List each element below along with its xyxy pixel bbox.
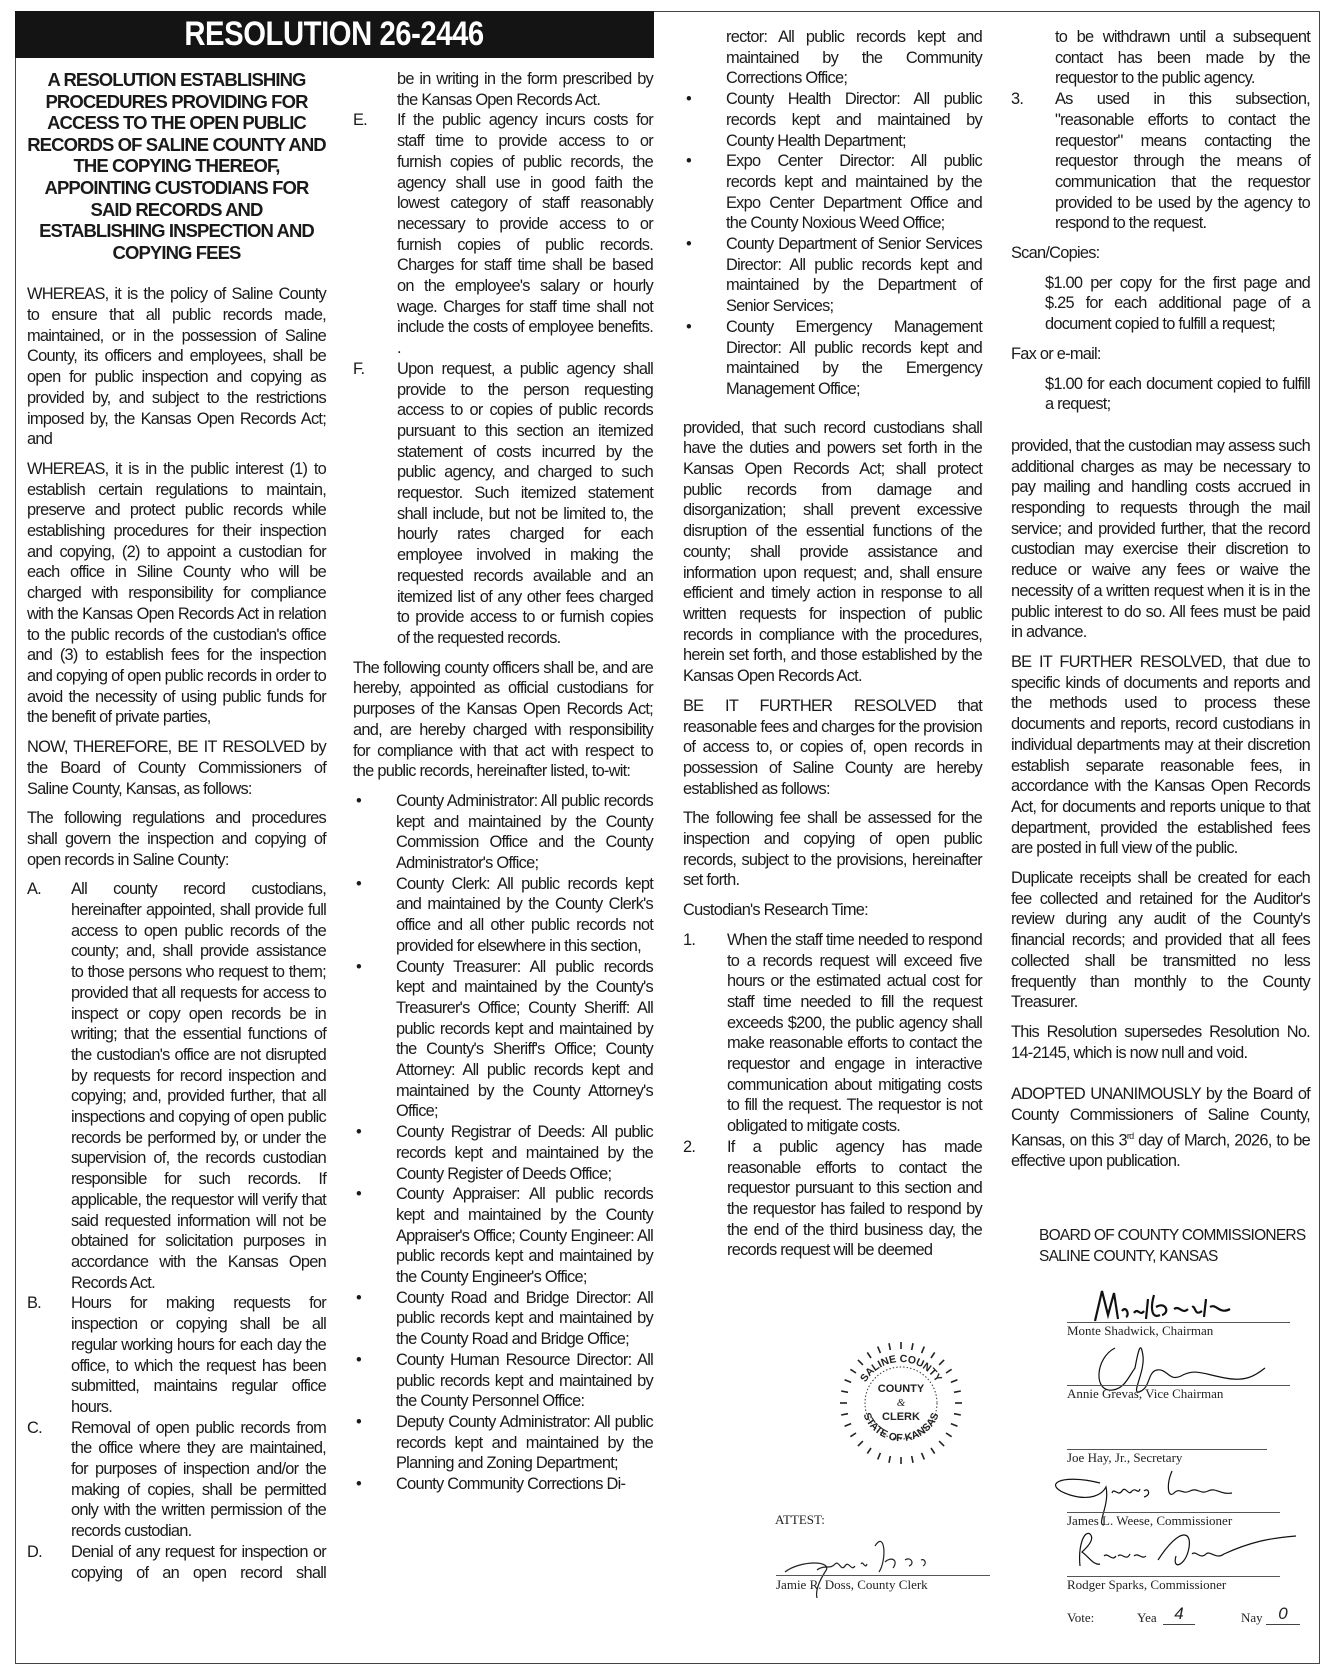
section-text: Upon request, a public agency shall prov… (397, 360, 653, 647)
custodian-item: •County Department of Senior Services Di… (683, 234, 982, 317)
commissioner-sparks-signature-icon (1060, 1526, 1300, 1576)
custodian-item: •County Emergency Management Director: A… (683, 317, 982, 400)
bullet-icon: • (356, 1122, 361, 1143)
bullet-icon: • (356, 1288, 361, 1309)
research-time-heading: Custodian's Research Time: (683, 900, 982, 921)
section-text: Removal of open public records from the … (71, 1419, 326, 1541)
board-heading: BOARD OF COUNTY COMMISSIONERS SALINE COU… (1039, 1226, 1319, 1267)
custodian-item: •County Road and Bridge Director: All pu… (353, 1288, 653, 1350)
bullet-icon: • (356, 1350, 361, 1371)
whereas-paragraph-2: WHEREAS, it is in the public interest (1… (27, 459, 326, 728)
section-e: E.If the public agency incurs costs for … (353, 110, 653, 358)
research-item-1: 1.When the staff time needed to respond … (683, 930, 982, 1137)
section-label: A. (27, 879, 41, 900)
section-text: All county record custodians, hereinafte… (71, 880, 326, 1291)
further-resolved-departments: BE IT FURTHER RESOLVED, that due to spec… (1011, 652, 1310, 859)
item-label: 2. (683, 1137, 695, 1158)
clerk-name: Jamie R. Doss, County Clerk (776, 1577, 928, 1593)
signatory-name: Monte Shadwick, Chairman (1067, 1323, 1213, 1339)
section-text: be in writing in the form prescribed by … (397, 70, 653, 109)
bullet-icon: • (686, 151, 691, 172)
board-line-1: BOARD OF COUNTY COMMISSIONERS (1039, 1226, 1319, 1247)
custodian-discretion: provided, that the custodian may assess … (1011, 436, 1310, 643)
item-label: 1. (683, 930, 695, 951)
further-resolved-fees: BE IT FURTHER RESOLVED that reasonable f… (683, 696, 982, 800)
resolution-title-bar: RESOLUTION 26-2446 (15, 11, 654, 58)
research-item-2-continued: to be withdrawn until a subsequent conta… (1011, 27, 1310, 89)
custodian-duties: provided, that such record custodians sh… (683, 418, 982, 687)
scan-copies-fee: $1.00 per copy for the first page and $.… (1011, 273, 1310, 335)
column-4: to be withdrawn until a subsequent conta… (1011, 27, 1310, 1181)
county-clerk-seal-icon: SALINE COUNTY STATE OF KANSAS COUNTY & C… (838, 1340, 964, 1466)
column-3: rector: All public records kept and main… (683, 27, 982, 1261)
custodian-item: •County Clerk: All public records kept a… (353, 874, 653, 957)
fax-email-fee: $1.00 for each document copied to fulfil… (1011, 374, 1310, 415)
bullet-icon: • (356, 1474, 361, 1495)
section-text: Denial of any request for inspection or … (71, 1543, 326, 1582)
section-label: C. (27, 1418, 42, 1439)
fee-intro: The following fee shall be assessed for … (683, 808, 982, 891)
supersedes-paragraph: This Resolution supersedes Resolution No… (1011, 1022, 1310, 1063)
section-label: D. (27, 1542, 42, 1563)
custodian-item: •County Human Resource Director: All pub… (353, 1350, 653, 1412)
resolution-heading: A RESOLUTION ESTABLISHING PROCEDURES PRO… (27, 69, 326, 263)
receipts-paragraph: Duplicate receipts shall be created for … (1011, 868, 1310, 1013)
resolution-title: RESOLUTION 26-2446 (185, 11, 484, 58)
officers-intro: The following county officers shall be, … (353, 658, 653, 782)
bullet-icon: • (356, 957, 361, 978)
section-c: C.Removal of open public records from th… (27, 1418, 326, 1542)
section-label: E. (353, 110, 367, 131)
adopted-paragraph: ADOPTED UNANIMOUSLY by the Board of Coun… (1011, 1084, 1310, 1171)
bullet-icon: • (356, 874, 361, 895)
bullet-icon: • (686, 234, 691, 255)
section-text: Hours for making requests for inspection… (71, 1294, 326, 1416)
section-d-continued: be in writing in the form prescribed by … (353, 69, 653, 110)
signatory-name: Annie Grevas, Vice Chairman (1067, 1386, 1223, 1402)
custodian-item: •County Treasurer: All public records ke… (353, 957, 653, 1123)
bullet-icon: • (356, 791, 361, 812)
fax-email-label: Fax or e-mail: (1011, 344, 1310, 365)
yea-label: Yea (1137, 1610, 1157, 1626)
section-label: B. (27, 1293, 41, 1314)
seal-center-2: & (897, 1397, 906, 1409)
section-b: B.Hours for making requests for inspecti… (27, 1293, 326, 1417)
custodian-item-continued: rector: All public records kept and main… (683, 27, 982, 89)
bullet-icon: • (686, 89, 691, 110)
board-line-2: SALINE COUNTY, KANSAS (1039, 1247, 1319, 1268)
clerk-signature-line (776, 1575, 990, 1576)
section-d: D.Denial of any request for inspection o… (27, 1542, 326, 1583)
custodian-item: •County Administrator: All public record… (353, 791, 653, 874)
custodian-item: •Expo Center Director: All public record… (683, 151, 982, 234)
custodian-item: •County Health Director: All public reco… (683, 89, 982, 151)
column-1: A RESOLUTION ESTABLISHING PROCEDURES PRO… (27, 69, 326, 1583)
nay-count: 0 (1266, 1604, 1300, 1625)
section-a: A.All county record custodians, hereinaf… (27, 879, 326, 1293)
now-therefore-paragraph: NOW, THEREFORE, BE IT RESOLVED by the Bo… (27, 737, 326, 799)
item-label: 3. (1011, 89, 1023, 110)
custodian-item: •County Registrar of Deeds: All public r… (353, 1122, 653, 1184)
section-f: F.Upon request, a public agency shall pr… (353, 359, 653, 649)
section-text: If the public agency incurs costs for st… (397, 111, 653, 357)
scan-copies-label: Scan/Copies: (1011, 243, 1310, 264)
bullet-icon: • (686, 317, 691, 338)
seal-center-1: COUNTY (878, 1383, 925, 1395)
regulations-intro: The following regulations and procedures… (27, 808, 326, 870)
custodian-item: •Deputy County Administrator: All public… (353, 1412, 653, 1474)
section-label: F. (353, 359, 364, 380)
signatory-name: Joe Hay, Jr., Secretary (1067, 1450, 1182, 1466)
custodian-item: •County Community Corrections Di- (353, 1474, 653, 1495)
custodian-item: •County Appraiser: All public records ke… (353, 1184, 653, 1288)
column-2: be in writing in the form prescribed by … (353, 69, 653, 1495)
research-item-2: 2.If a public agency has made reasonable… (683, 1137, 982, 1261)
seal-center-3: CLERK (882, 1411, 920, 1423)
research-item-3: 3.As used in this subsection, "reasonabl… (1011, 89, 1310, 234)
vote-label: Vote: (1067, 1610, 1094, 1625)
bullet-icon: • (356, 1184, 361, 1205)
whereas-paragraph-1: WHEREAS, it is the policy of Saline Coun… (27, 284, 326, 450)
signatory-name: Rodger Sparks, Commissioner (1067, 1577, 1226, 1593)
vote-row: Vote: Yea 4 Nay 0 (1067, 1610, 1307, 1626)
nay-label: Nay (1241, 1610, 1263, 1626)
chairman-signature-icon (1090, 1285, 1240, 1325)
bullet-icon: • (356, 1412, 361, 1433)
yea-count: 4 (1163, 1604, 1195, 1625)
